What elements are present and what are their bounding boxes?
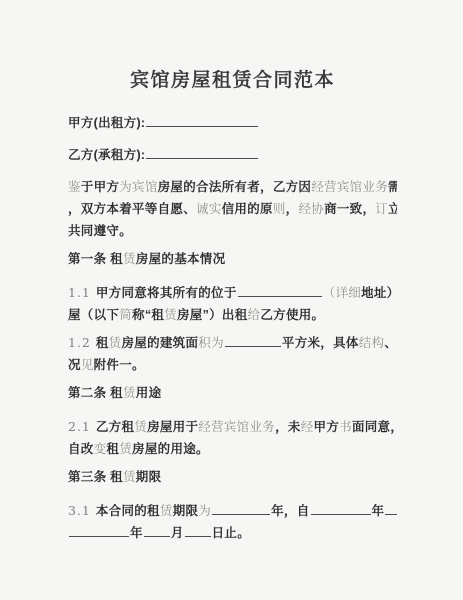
document-body: 甲方(出租方):乙方(承租方):鉴于甲方为宾馆房屋的合法所有者，乙方因经营宾馆业… (68, 112, 397, 544)
text-segment: 变 (94, 441, 107, 456)
text-segment: 房屋的建筑面 (121, 336, 198, 350)
text-segment: 乙方(承租方): (68, 148, 145, 162)
paragraph: 1.1 甲方同意将其所有的位于（详细地址）的宾馆房屋（以下简称“租赁房屋”）出租… (68, 282, 397, 326)
paragraph: 鉴于甲方为宾馆房屋的合法所有者，乙方因经营宾馆业务需要租赁房屋，双方本着平等自愿… (68, 176, 397, 242)
paragraph: 3.1 本合同的租赁期限为年，自年月日起至年月日止。 (68, 500, 397, 544)
text-segment: 况 (68, 358, 81, 372)
text-segment: 赁 (123, 469, 136, 484)
text-segment: 赁 (123, 385, 136, 400)
text-line: 共同遵守。 (68, 220, 397, 242)
text-segment: 房屋的用途。 (132, 442, 209, 456)
text-segment: 共同遵守。 (68, 224, 132, 238)
text-segment: 第二条 租 (68, 386, 123, 400)
text-line: 1.1 甲方同意将其所有的位于（详细地址）的宾馆房 (68, 282, 397, 304)
text-segment: 于甲方 (81, 180, 119, 194)
text-segment: 经营宾馆业务 (198, 419, 275, 434)
text-segment: 立本合同，以 (388, 202, 397, 216)
text-segment: 本合同的租 (96, 504, 160, 518)
fill-in-blank (212, 502, 270, 515)
text-segment: 期限 (173, 504, 199, 518)
paragraph: 1.2 租赁房屋的建筑面积为平方米，具体结构、设施设备等情况见附件一。 (68, 332, 397, 376)
fill-in-blank (311, 502, 371, 515)
text-segment: 赁 (164, 307, 177, 322)
text-line: 鉴于甲方为宾馆房屋的合法所有者，乙方因经营宾馆业务需要租赁房屋 (68, 176, 397, 198)
text-line: 年月日止。 (68, 522, 397, 544)
text-segment: 年，自 (271, 504, 309, 518)
text-segment: 赁 (119, 441, 132, 456)
text-segment: 年 (372, 504, 385, 518)
text-segment: 则 (273, 201, 286, 216)
fill-in-blank (144, 524, 170, 537)
text-segment: 第一条 租 (68, 252, 123, 266)
text-line: 况见附件一。 (68, 354, 397, 376)
text-segment: 甲方(出租方): (68, 116, 145, 130)
text-segment: 简 (119, 307, 132, 322)
contract-document-page: 宾馆房屋租赁合同范本 甲方(出租方):乙方(承租方):鉴于甲方为宾馆房屋的合法所… (0, 0, 463, 600)
text-segment: 面同意，乙方不得擅 (352, 420, 397, 434)
fill-in-blank (225, 334, 281, 347)
text-segment: 积为 (198, 335, 224, 350)
party-line: 甲方(出租方): (68, 112, 397, 134)
text-segment: 见 (81, 357, 94, 372)
fill-in-blank (238, 284, 322, 297)
text-segment: 年 (130, 526, 143, 540)
text-line: 3.1 本合同的租赁期限为年，自年月日起至 (68, 500, 397, 522)
paragraph: 2.1 乙方租赁房屋用于经营宾馆业务，未经甲方书面同意，乙方不得擅自改变租赁房屋… (68, 416, 397, 460)
text-segment: 附件一。 (94, 358, 145, 372)
text-segment: 结构 (359, 335, 385, 350)
text-segment: 赁 (160, 503, 173, 518)
fill-in-blank (69, 524, 129, 537)
text-segment: 日止。 (212, 526, 250, 540)
text-segment: 房屋用于 (147, 420, 198, 434)
text-segment: 诚实 (196, 201, 222, 216)
party-line: 乙方(承租方): (68, 144, 397, 166)
text-segment: 鉴 (68, 179, 81, 194)
text-segment: 经营宾馆业务 (311, 179, 388, 194)
text-segment: 称“租 (132, 308, 164, 322)
text-segment: 信用的原 (222, 202, 273, 216)
text-line: 2.1 乙方租赁房屋用于经营宾馆业务，未经甲方书面同意，乙方不得擅 (68, 416, 397, 438)
text-segment: 自改 (68, 442, 94, 456)
section-heading: 第二条 租赁用途 (68, 382, 397, 404)
section-heading: 第三条 租赁期限 (68, 466, 397, 488)
text-segment: 2.1 (68, 419, 96, 434)
text-segment: 第三条 租 (68, 470, 123, 484)
text-line: 自改变租赁房屋的用途。 (68, 438, 397, 460)
text-segment: 租 (106, 442, 119, 456)
text-segment: 甲方 (314, 420, 340, 434)
text-line: 甲方(出租方): (68, 112, 397, 134)
text-segment: 需要租 (388, 180, 397, 194)
text-segment: 、 (384, 336, 397, 350)
text-line: 第一条 租赁房屋的基本情况 (68, 248, 397, 270)
text-line: 第二条 租赁用途 (68, 382, 397, 404)
text-segment: ，双方本着平等自愿、 (68, 202, 196, 216)
text-segment: 用途 (136, 386, 162, 400)
text-segment: （详细 (323, 285, 361, 300)
text-segment: 赁 (123, 251, 136, 266)
text-segment: 1.2 (68, 335, 96, 350)
text-segment: 平方米，具体 (282, 336, 359, 350)
text-segment: 房屋的基本情况 (136, 252, 226, 266)
text-segment: ，未 (275, 420, 301, 434)
text-segment: 期限 (136, 470, 162, 484)
text-line: 乙方(承租方): (68, 144, 397, 166)
text-segment: 经协 (298, 201, 324, 216)
text-line: ，双方本着平等自愿、诚实信用的原则，经协商一致，订立本合同，以资 (68, 198, 397, 220)
fill-in-blank (146, 146, 258, 159)
text-segment: 3.1 (68, 503, 96, 518)
text-segment: 赁 (134, 419, 147, 434)
page-title: 宾馆房屋租赁合同范本 (68, 68, 397, 92)
text-segment: 房屋的合法所有者，乙方因 (158, 180, 312, 194)
fill-in-blank (185, 524, 211, 537)
text-line: 1.2 租赁房屋的建筑面积为平方米，具体结构、设施设备等情 (68, 332, 397, 354)
text-segment: 为 (198, 503, 211, 518)
text-line: 屋（以下简称“租赁房屋”）出租给乙方使用。 (68, 304, 397, 326)
text-segment: 商一致， (324, 202, 375, 216)
text-segment: 为宾馆 (119, 179, 157, 194)
text-segment: 乙方租 (96, 420, 134, 434)
text-segment: 书 (339, 419, 352, 434)
text-segment: 房屋”）出租 (177, 308, 248, 322)
text-segment: 甲方同意将其所有的位于 (96, 286, 237, 300)
fill-in-blank (146, 114, 258, 127)
text-segment: 经 (301, 419, 314, 434)
text-segment: 赁 (109, 335, 122, 350)
text-segment: ， (286, 202, 299, 216)
text-line: 第三条 租赁期限 (68, 466, 397, 488)
text-segment: 乙方使用。 (260, 308, 324, 322)
text-segment: 屋（以下 (68, 308, 119, 322)
text-segment: 租 (96, 336, 109, 350)
text-segment: 地址）的 (361, 286, 397, 300)
fill-in-blank (385, 502, 397, 515)
section-heading: 第一条 租赁房屋的基本情况 (68, 248, 397, 270)
text-segment: 给 (248, 307, 261, 322)
text-segment: 订 (375, 201, 388, 216)
text-segment: 1.1 (68, 285, 96, 300)
text-segment: 月 (171, 526, 184, 540)
